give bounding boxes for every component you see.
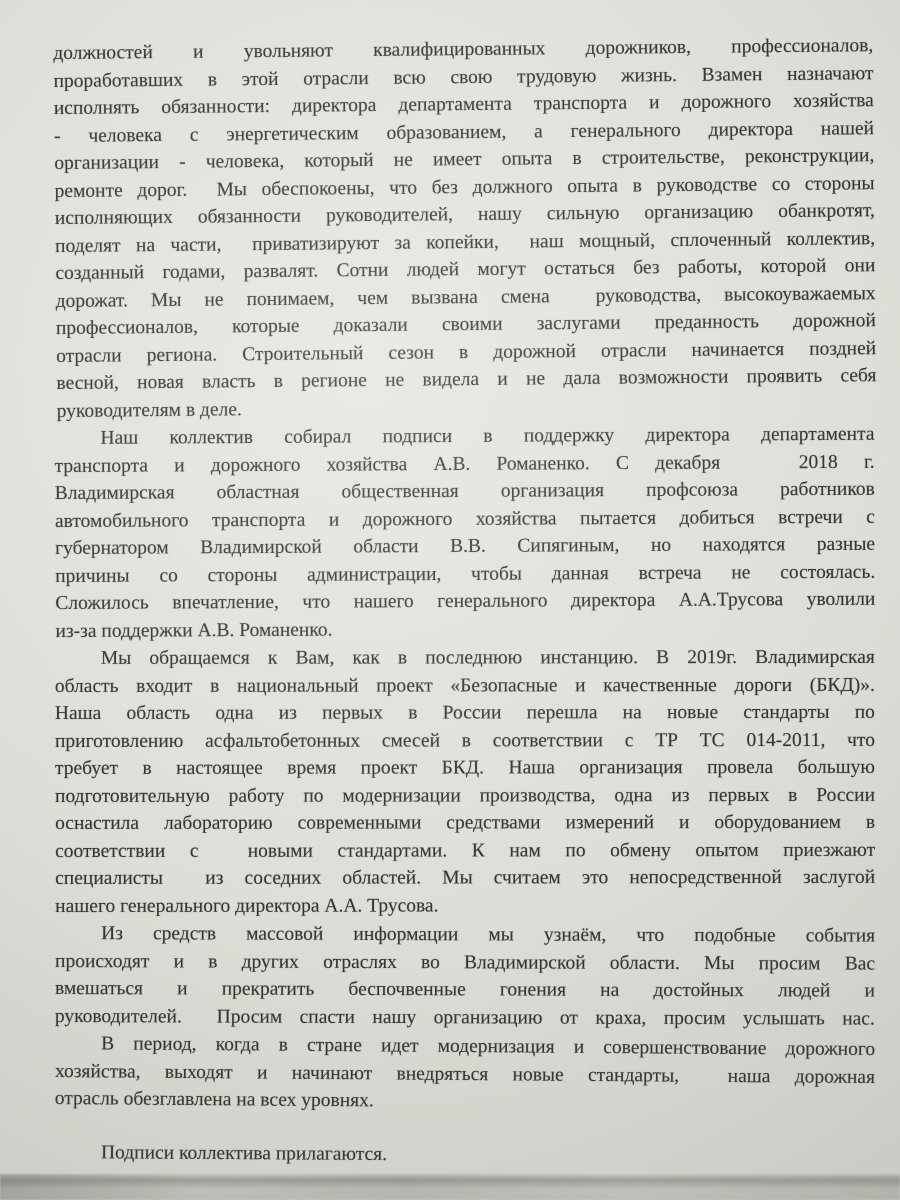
- text-line: Сложилось впечатление, что нашего генера…: [55, 586, 875, 618]
- text-line: транспорта и дорожного хозяйства А.В. Ро…: [55, 448, 875, 480]
- text-line: Подписи коллектива прилагаются.: [55, 1139, 875, 1172]
- text-line: специалисты из соседних областей. Мы счи…: [55, 864, 875, 893]
- text-line: Из средств массовой информации мы узнаём…: [55, 920, 875, 950]
- paragraph: должностей и увольняют квалифицированных…: [53, 32, 877, 425]
- paragraph: Из средств массовой информации мы узнаём…: [55, 920, 875, 1033]
- text-line: автомобильного транспорта и дорожного хо…: [55, 503, 875, 535]
- text-line: требует в настоящее время проект БКД. На…: [55, 754, 875, 783]
- text-line: вмешаться и прекратить беспочвенные гоне…: [55, 975, 875, 1005]
- text-line: приготовлению асфальтобетонных смесей в …: [55, 726, 875, 755]
- paper-edge-shadow: [0, 1174, 900, 1200]
- text-line: Мы обращаемся к Вам, как в последнюю инс…: [55, 644, 875, 673]
- paragraph: Наш коллектив собирал подписи в поддержк…: [54, 421, 875, 645]
- text-line: область входит в национальный проект «Бе…: [55, 671, 875, 700]
- paragraph: Мы обращаемся к Вам, как в последнюю инс…: [55, 644, 875, 920]
- text-line: губернатором Владимирской области В.В. С…: [55, 531, 875, 563]
- scanned-letter-photo: должностей и увольняют квалифицированных…: [0, 0, 900, 1200]
- text-line: подготовительную работу по модернизации …: [55, 781, 875, 810]
- paragraph: В период, когда в стране идет модернизац…: [55, 1030, 876, 1119]
- text-line: Наша область одна из первых в России пер…: [55, 699, 875, 728]
- text-line: оснастила лабораторию современными средс…: [55, 809, 875, 838]
- text-line: Владимирская областная общественная орга…: [55, 476, 875, 508]
- letter-text-block: должностей и увольняют квалифицированных…: [55, 40, 875, 1166]
- text-line: соответствии с новыми стандартами. К нам…: [55, 836, 875, 865]
- paragraph: Подписи коллектива прилагаются.: [55, 1139, 875, 1172]
- text-line: причины со стороны администрации, чтобы …: [55, 558, 875, 590]
- text-line: руководителей. Просим спасти нашу органи…: [55, 1002, 875, 1032]
- text-line: нашего генерального директора А.А. Трусо…: [55, 891, 875, 920]
- text-line: происходят и в других отраслях во Владим…: [55, 948, 875, 978]
- text-line: Наш коллектив собирал подписи в поддержк…: [54, 421, 874, 453]
- text-line: из-за поддержки А.В. Романенко.: [55, 613, 875, 645]
